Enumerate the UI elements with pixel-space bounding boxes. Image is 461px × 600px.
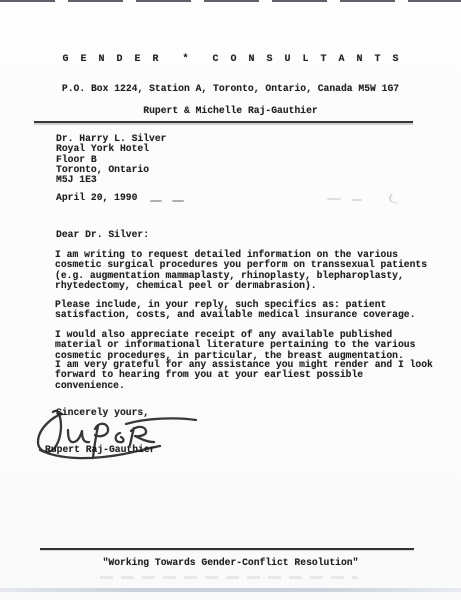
body-paragraph-1: I am writing to request detailed informa… (55, 250, 427, 291)
scan-ghost-artifact (100, 576, 358, 579)
letterhead-rule (34, 121, 413, 123)
scan-smudge (388, 193, 400, 204)
body-paragraph-3: I would also appreciate receipt of any a… (55, 330, 415, 361)
footer-motto: "Working Towards Gender-Conflict Resolut… (0, 558, 461, 568)
scan-smudge (352, 199, 362, 201)
recipient-address-block: Dr. Harry L. Silver Royal York Hotel Flo… (56, 134, 166, 186)
scan-edge-artifact-bottom (0, 588, 461, 592)
letterhead-principals: Rupert & Michelle Raj-Gauthier (0, 106, 461, 116)
scan-smudge (150, 200, 162, 202)
body-paragraph-2: Please include, in your reply, such spec… (55, 300, 415, 321)
letterhead-address: P.O. Box 1224, Station A, Toronto, Ontar… (0, 84, 461, 94)
letterhead-org-name: G E N D E R * C O N S U L T A N T S (0, 55, 461, 65)
salutation: Dear Dr. Silver: (56, 230, 149, 240)
body-paragraph-4: I am very grateful for any assistance yo… (55, 360, 433, 391)
handwritten-signature (28, 404, 228, 466)
scan-smudge (327, 198, 341, 200)
footer-rule (40, 548, 414, 550)
scanned-letter-page: G E N D E R * C O N S U L T A N T S P.O.… (0, 0, 461, 600)
date-line: April 20, 1990 (56, 193, 137, 203)
scan-edge-artifact-top (0, 0, 461, 2)
scan-smudge (172, 200, 184, 202)
